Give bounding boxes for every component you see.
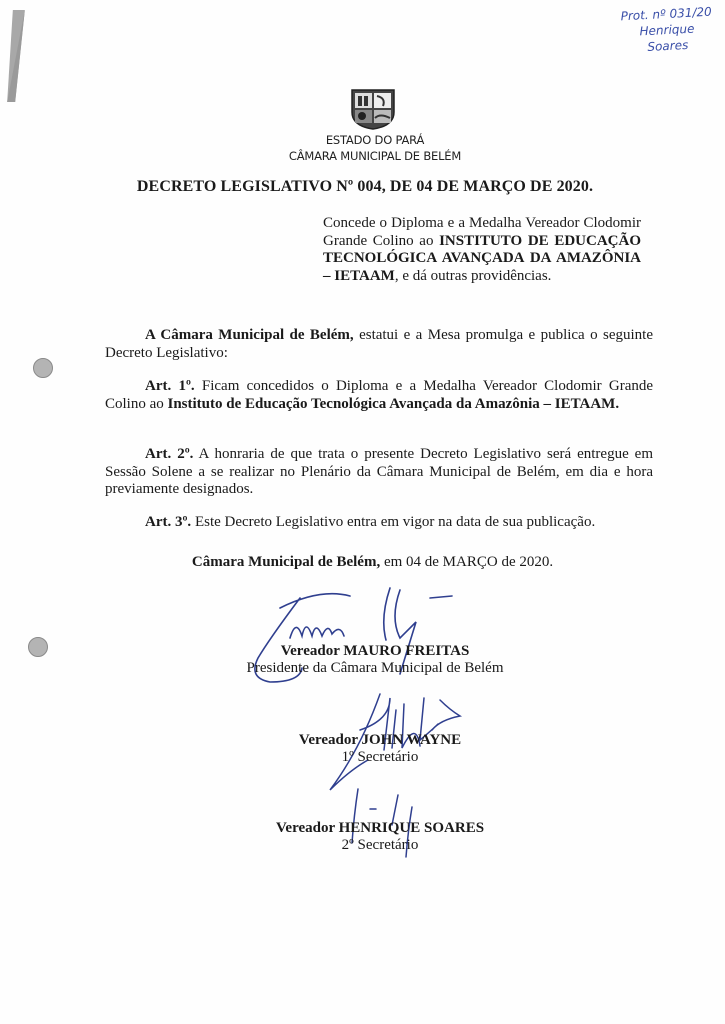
signatory-name: Vereador MAURO FREITAS bbox=[190, 643, 560, 660]
article-2: Art. 2º. A honraria de que trata o prese… bbox=[105, 446, 653, 499]
document-page: Prot. nº 031/20 Henrique Soares ESTADO D… bbox=[0, 0, 725, 1024]
decree-title: DECRETO LEGISLATIVO Nº 004, DE 04 DE MAR… bbox=[120, 178, 610, 196]
state-name: ESTADO DO PARÁ bbox=[230, 132, 520, 148]
signature-block-first-secretary: Vereador JOHN WAYNE 1º Secretário bbox=[230, 732, 530, 766]
preamble: A Câmara Municipal de Belém, estatui e a… bbox=[105, 327, 653, 362]
letterhead: ESTADO DO PARÁ CÂMARA MUNICIPAL DE BELÉM bbox=[230, 132, 520, 164]
signatory-role: 1º Secretário bbox=[230, 749, 530, 766]
scan-edge-artifact bbox=[3, 10, 25, 102]
signatory-name: Vereador JOHN WAYNE bbox=[230, 732, 530, 749]
coat-of-arms-icon bbox=[350, 88, 396, 130]
article-1: Art. 1º. Ficam concedidos o Diploma e a … bbox=[105, 378, 653, 413]
punch-hole-top bbox=[33, 358, 53, 378]
signature-block-second-secretary: Vereador HENRIQUE SOARES 2º Secretário bbox=[230, 820, 530, 854]
article-label: Art. 1º. bbox=[145, 378, 195, 394]
signatory-name: Vereador HENRIQUE SOARES bbox=[230, 820, 530, 837]
chamber-name: CÂMARA MUNICIPAL DE BELÉM bbox=[230, 148, 520, 164]
closing-date-line: Câmara Municipal de Belém, em 04 de MARÇ… bbox=[120, 554, 625, 571]
handwritten-protocol-note: Prot. nº 031/20 Henrique Soares bbox=[611, 3, 723, 57]
article-label: Art. 2º. bbox=[145, 446, 193, 462]
signatory-role: Presidente da Câmara Municipal de Belém bbox=[190, 660, 560, 677]
signature-block-president: Vereador MAURO FREITAS Presidente da Câm… bbox=[190, 643, 560, 677]
decree-summary: Concede o Diploma e a Medalha Vereador C… bbox=[323, 215, 641, 285]
article-label: Art. 3º. bbox=[145, 514, 191, 530]
punch-hole-bottom bbox=[28, 637, 48, 657]
article-3: Art. 3º. Este Decreto Legislativo entra … bbox=[105, 514, 653, 532]
signatory-role: 2º Secretário bbox=[230, 837, 530, 854]
